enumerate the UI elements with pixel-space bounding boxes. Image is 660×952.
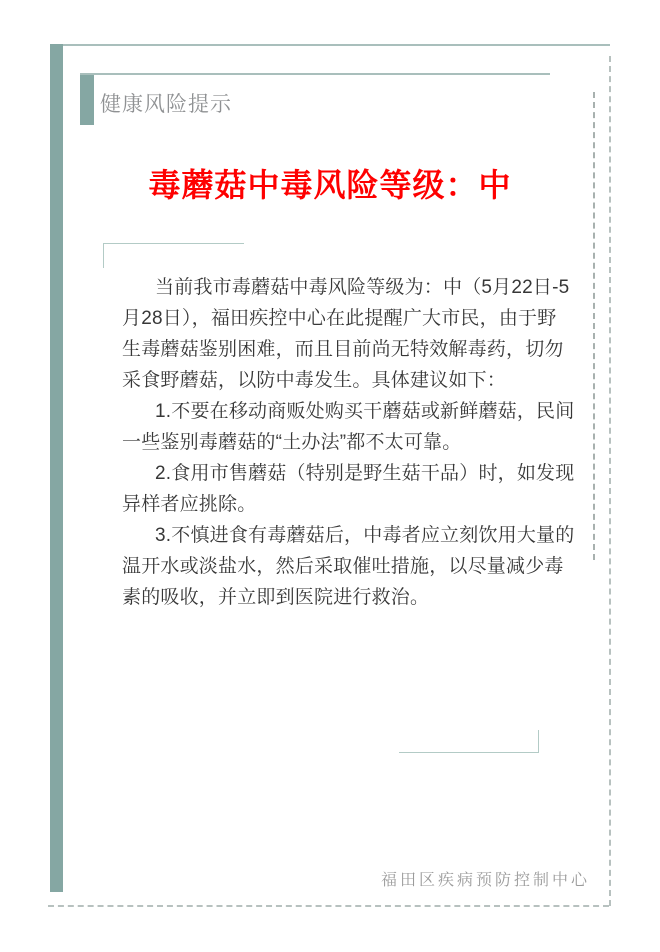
- bottom-dashed-border: [48, 905, 609, 907]
- health-notice-page: 健康风险提示 毒蘑菇中毒风险等级：中 当前我市毒蘑菇中毒风险等级为：中（5月22…: [0, 0, 660, 952]
- footer-organization: 福田区疾病预防控制中心: [381, 867, 590, 890]
- notice-body: 当前我市毒蘑菇中毒风险等级为：中（5月22日-5月28日），福田疾控中心在此提醒…: [122, 272, 582, 613]
- body-line: 当前我市毒蘑菇中毒风险等级为：中（5月22日-5: [122, 272, 582, 303]
- body-line: 生毒蘑菇鉴别困难，而且目前尚无特效解毒药，切勿: [122, 334, 582, 365]
- body-line: 温开水或淡盐水，然后采取催吐措施，以尽量减少毒: [122, 551, 582, 582]
- body-line: 采食野蘑菇，以防中毒发生。具体建议如下：: [122, 365, 582, 396]
- body-line: 月28日），福田疾控中心在此提醒广大市民，由于野: [122, 303, 582, 334]
- section-header-rule: [80, 73, 550, 75]
- corner-bracket-bottom-right: [399, 730, 539, 753]
- body-line: 异样者应挑除。: [122, 489, 582, 520]
- body-line: 2.食用市售蘑菇（特别是野生菇干品）时，如发现: [122, 458, 582, 489]
- body-line: 一些鉴别毒蘑菇的“土办法”都不太可靠。: [122, 427, 582, 458]
- top-rule: [63, 44, 610, 46]
- notice-title: 毒蘑菇中毒风险等级：中: [50, 160, 610, 206]
- corner-bracket-top-left: [103, 243, 244, 268]
- body-line: 素的吸收，并立即到医院进行救治。: [122, 582, 582, 613]
- body-line: 3.不慎进食有毒蘑菇后，中毒者应立刻饮用大量的: [122, 520, 582, 551]
- body-line: 1.不要在移动商贩处购买干蘑菇或新鲜蘑菇，民间: [122, 396, 582, 427]
- section-header-label: 健康风险提示: [100, 88, 232, 118]
- section-header-accent-block: [80, 75, 94, 125]
